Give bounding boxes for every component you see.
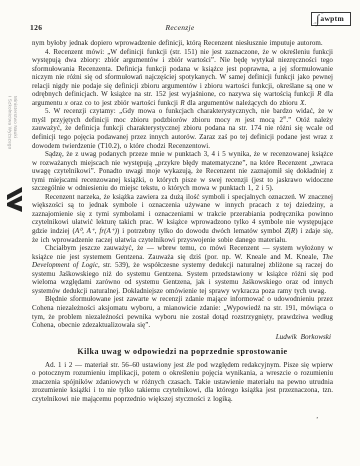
section-heading: Kilka uwag w odpowiedzi na poprzednie sp…: [32, 347, 333, 357]
paragraph: Ad. 1 i 2 — materiał str. 56–60 ustawion…: [32, 361, 333, 404]
journal-logo: ∫∞-∞ awptm: [311, 12, 351, 26]
paragraph: Błędnie sformułowane jest zawarte w rece…: [32, 295, 333, 329]
ministry-logo-icon: [7, 186, 22, 219]
paragraph: Recenzent narzeka, że książka zawiera za…: [32, 193, 333, 244]
integral-icon: ∫∞-∞: [316, 14, 319, 24]
paragraph: nym byłoby jednak dopiero wprowadzenie d…: [32, 39, 333, 48]
running-header: Recenzje: [0, 23, 360, 32]
scanned-page: Ministerstwo Nauki i Szkolnictwa Wyższeg…: [0, 0, 360, 466]
paragraph: Sądzę, że z uwag podanych przeze mnie w …: [32, 150, 333, 193]
paragraph: Chciałbym jeszcze zauważyć, że — wbrew t…: [32, 244, 333, 295]
journal-logo-text: awptm: [320, 14, 344, 23]
page-header: 126 Recenzje ∫∞-∞ awptm: [0, 0, 360, 40]
author-signature: Ludwik Borkowski: [32, 333, 331, 342]
ministry-watermark: Ministerstwo Nauki i Szkolnictwa Wyższeg…: [0, 0, 30, 466]
paragraph: 5. W recenzji czytamy: „Gdy mowa o funkc…: [32, 107, 333, 150]
stray-print-mark: ’: [316, 416, 318, 424]
paragraph: 4. Recenzent mówi: „W definicji funkcji …: [32, 48, 333, 108]
ministry-watermark-text: Ministerstwo Nauki i Szkolnictwa Wyższeg…: [7, 96, 18, 149]
body-text: nym byłoby jednak dopiero wprowadzenie d…: [32, 39, 333, 403]
